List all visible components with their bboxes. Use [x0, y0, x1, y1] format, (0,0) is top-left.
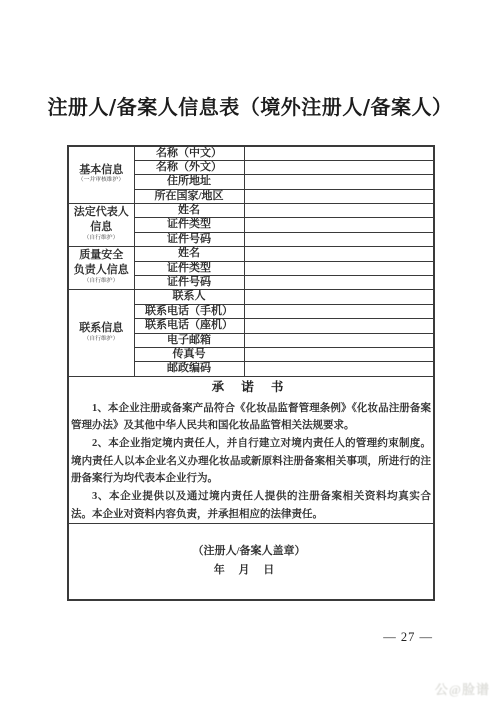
commitment-paragraph: 1、本企业注册或备案产品符合《化妆品监督管理条例》《化妆品注册备案管理办法》及其… [71, 400, 431, 435]
field-value-cell [244, 362, 434, 376]
section-quality-safety: 质量安全 负责人信息 （自行维护） [68, 247, 134, 290]
section-label: 联系信息 [79, 321, 123, 336]
table-row: 质量安全 负责人信息 （自行维护） 姓名 [68, 247, 434, 261]
field-value-cell [244, 333, 434, 347]
field-value-cell [244, 247, 434, 261]
field-label: 名称（中文） [134, 146, 244, 160]
document-page: 注册人/备案人信息表（境外注册人/备案人） 基本信息 （一并审核维护） 名称（中… [0, 0, 500, 707]
page-number: — 27 — [383, 630, 433, 645]
table-row: 承 诺 书 1、本企业注册或备案产品符合《化妆品监督管理条例》《化妆品注册备案管… [68, 376, 434, 523]
field-value-cell [244, 276, 434, 290]
field-label: 电子邮箱 [134, 333, 244, 347]
field-label: 姓名 [134, 204, 244, 218]
field-label: 姓名 [134, 247, 244, 261]
field-label: 联系电话（座机） [134, 319, 244, 333]
field-value-cell [244, 304, 434, 318]
section-note: （自行维护） [84, 336, 119, 342]
field-value-cell [244, 204, 434, 218]
page-title: 注册人/备案人信息表（境外注册人/备案人） [0, 91, 500, 120]
field-value-cell [244, 160, 434, 174]
watermark: 公@脸谱 [435, 679, 490, 698]
field-value-cell [244, 347, 434, 361]
field-label: 住所地址 [134, 175, 244, 189]
field-value-cell [244, 189, 434, 203]
field-label: 证件类型 [134, 261, 244, 275]
commitment-section: 承 诺 书 1、本企业注册或备案产品符合《化妆品监督管理条例》《化妆品注册备案管… [68, 376, 434, 523]
section-basic-info: 基本信息 （一并审核维护） [68, 146, 134, 204]
field-label: 名称（外文） [134, 160, 244, 174]
field-value-cell [244, 290, 434, 304]
field-value-cell [244, 146, 434, 160]
section-label: 基本信息 [79, 163, 123, 178]
field-value-cell [244, 175, 434, 189]
commitment-paragraph: 2、本企业指定境内责任人，并自行建立对境内责任人的管理约束制度。境内责任人以本企… [71, 435, 431, 488]
field-label: 邮政编码 [134, 362, 244, 376]
section-legal-representative: 法定代表人 信息 （自行维护） [68, 204, 134, 247]
commitment-paragraph: 3、本企业提供以及通过境内责任人提供的注册备案相关资料均真实合法。本企业对资料内… [71, 488, 431, 523]
field-label: 证件类型 [134, 218, 244, 232]
table-row: 基本信息 （一并审核维护） 名称（中文） [68, 146, 434, 160]
table-row: 法定代表人 信息 （自行维护） 姓名 [68, 204, 434, 218]
section-label: 质量安全 负责人信息 [74, 248, 129, 278]
commitment-title: 承 诺 书 [71, 377, 431, 395]
field-label: 联系人 [134, 290, 244, 304]
section-note: （自行维护） [84, 235, 119, 241]
field-value-cell [244, 218, 434, 232]
registrant-info-table: 基本信息 （一并审核维护） 名称（中文） 名称（外文） 住所地址 所在国家/地区 [67, 145, 435, 601]
table-row: 联系信息 （自行维护） 联系人 [68, 290, 434, 304]
table-row: （注册人/备案人盖章） 年 月 日 [68, 524, 434, 600]
signature-section: （注册人/备案人盖章） 年 月 日 [68, 524, 434, 600]
section-note: （自行维护） [84, 278, 119, 284]
field-label: 联系电话（手机） [134, 304, 244, 318]
section-note: （一并审核维护） [78, 177, 124, 183]
field-value-cell [244, 261, 434, 275]
field-label: 证件号码 [134, 232, 244, 246]
date-label: 年 月 日 [71, 561, 431, 580]
field-label: 传真号 [134, 347, 244, 361]
field-value-cell [244, 232, 434, 246]
stamp-label: （注册人/备案人盖章） [71, 543, 431, 561]
field-value-cell [244, 319, 434, 333]
section-contact-info: 联系信息 （自行维护） [68, 290, 134, 376]
field-label: 证件号码 [134, 276, 244, 290]
field-label: 所在国家/地区 [134, 189, 244, 203]
section-label: 法定代表人 信息 [74, 205, 129, 235]
